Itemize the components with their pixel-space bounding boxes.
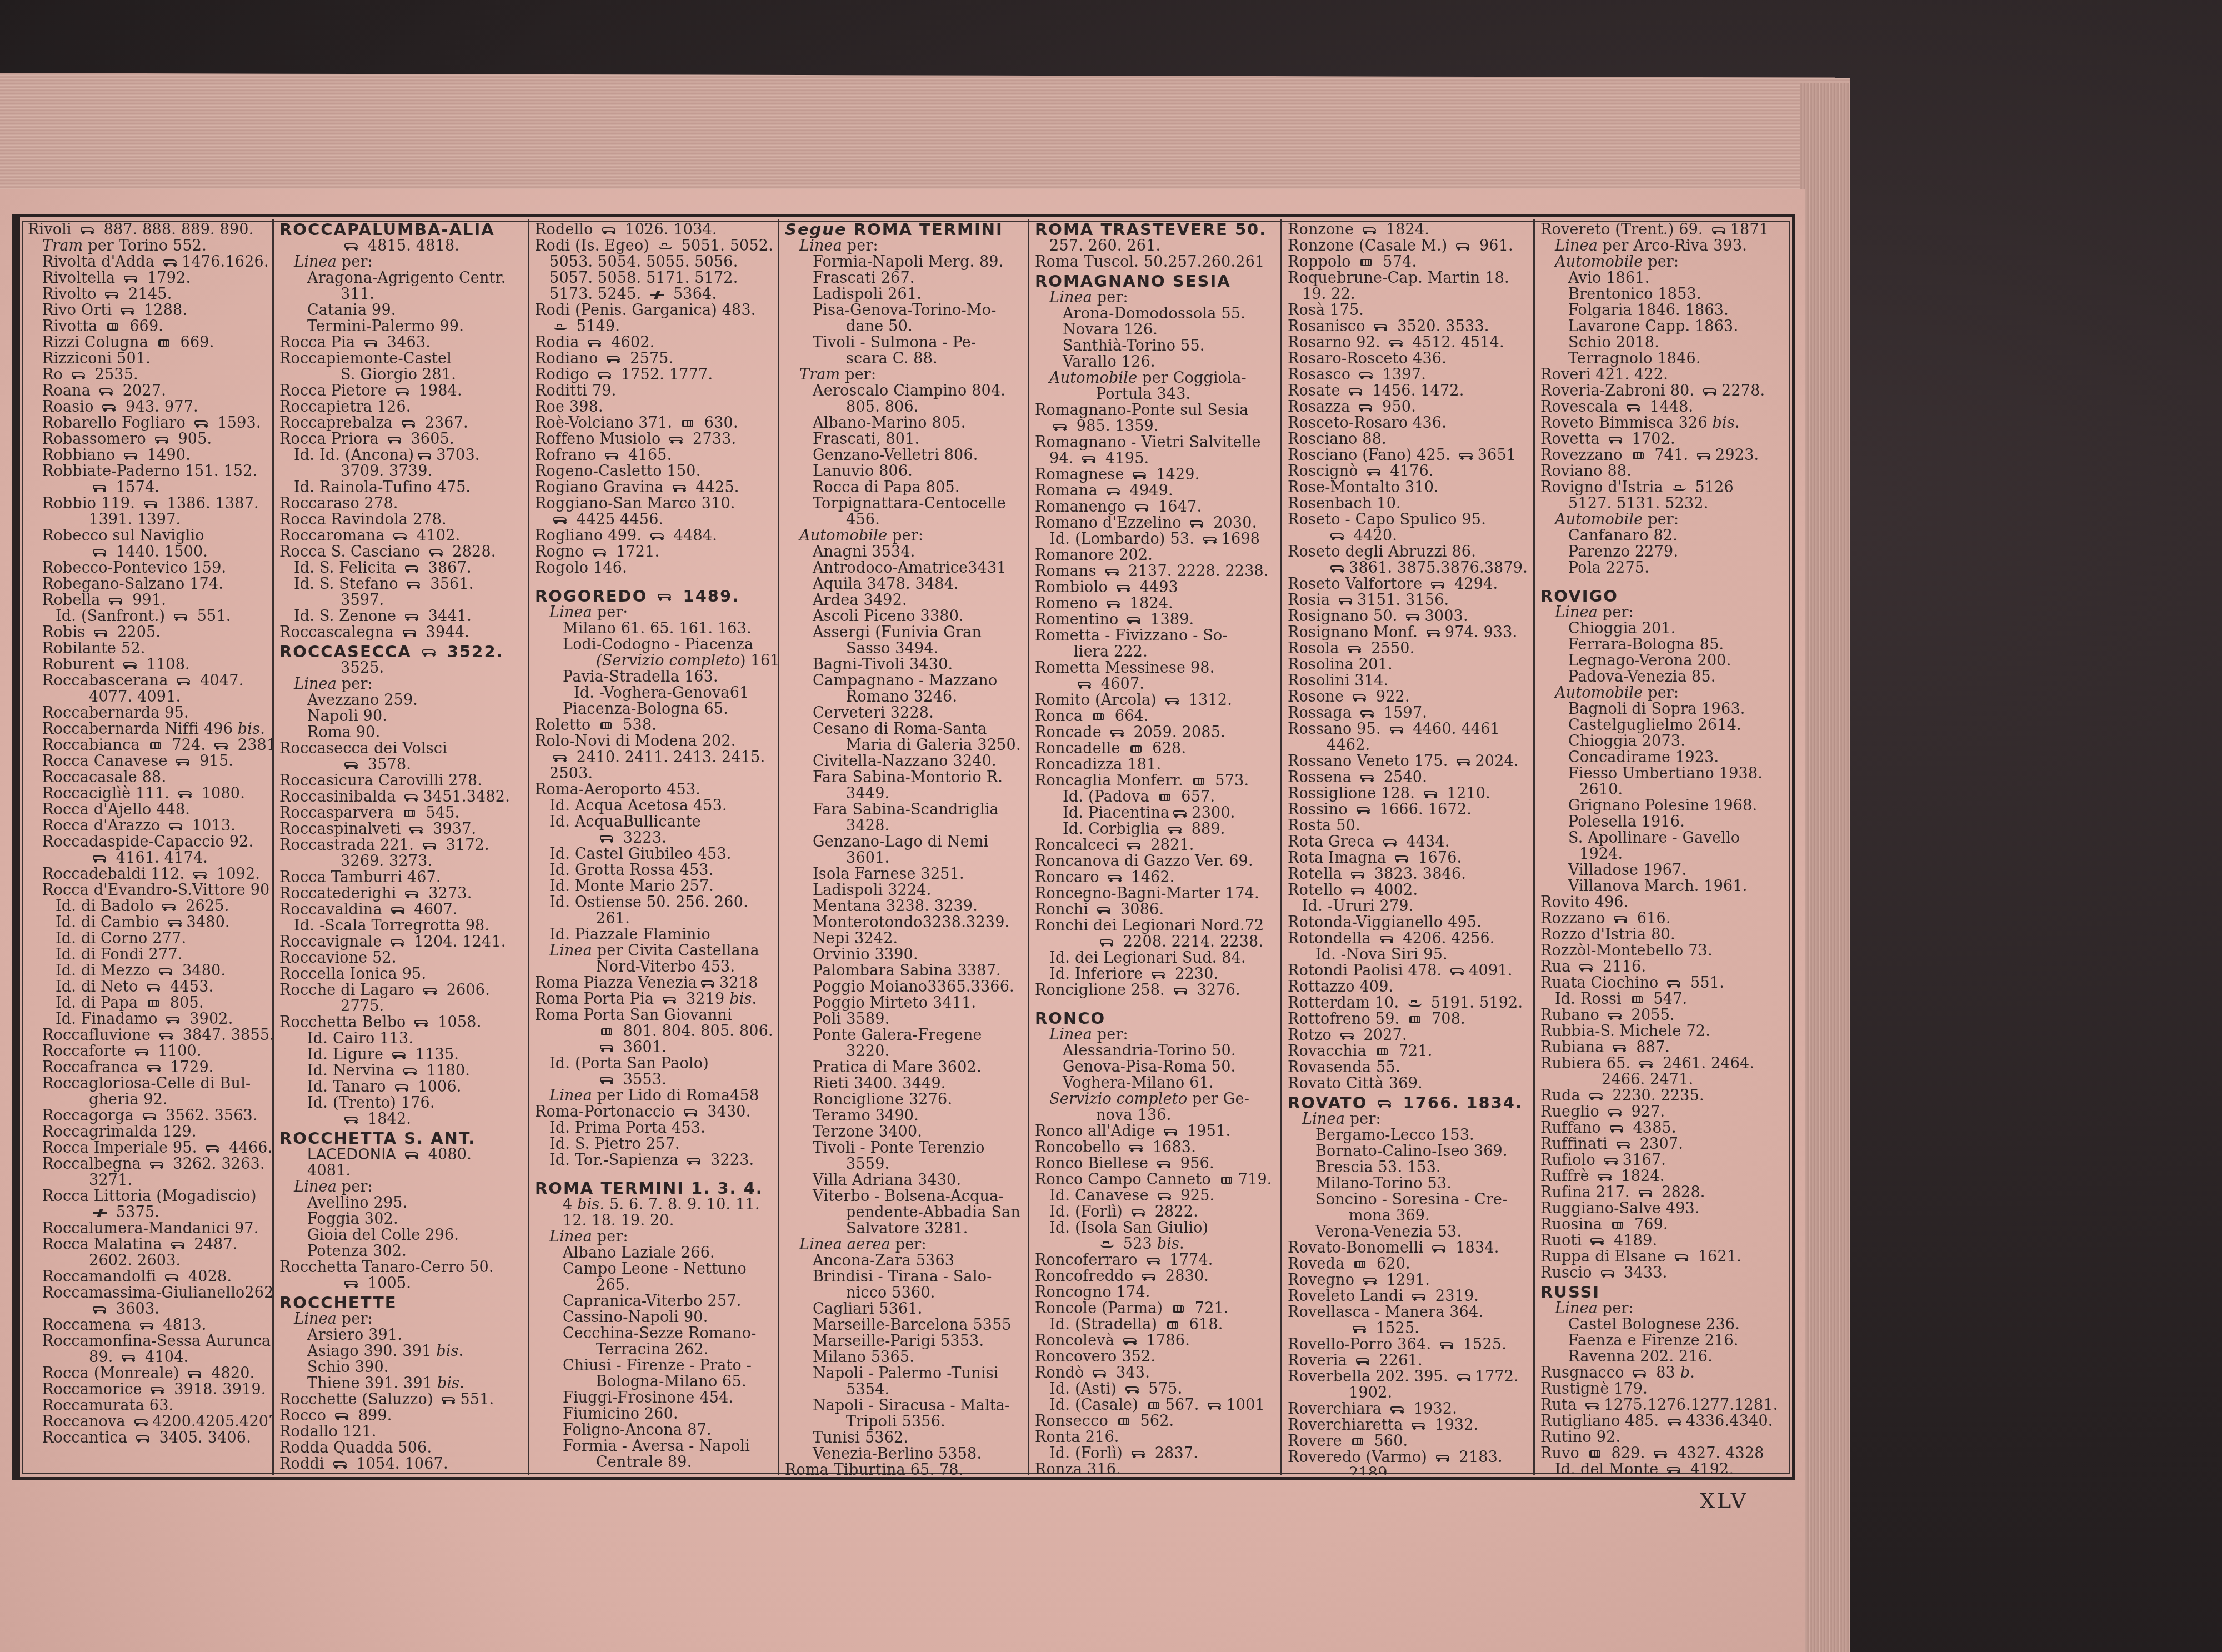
entry-text: Polesella 1916.	[1568, 813, 1685, 830]
entry-text: 3003.	[1424, 608, 1468, 625]
entry-text: Rotondella	[1288, 930, 1376, 947]
entry-text: 1386. 1387.	[162, 495, 259, 512]
index-entry: 265.	[535, 1277, 774, 1293]
entry-text: S. Giorgio 281.	[341, 366, 456, 383]
entry-text: Roncaro	[1035, 869, 1104, 886]
entry-text: Castelguglielmo 2614.	[1568, 717, 1741, 734]
entry-text: 3219	[681, 990, 729, 1008]
autobus-icon	[343, 762, 360, 769]
autobus-icon	[173, 613, 189, 621]
index-entry: Robecco-Pontevico 159.	[28, 560, 269, 576]
entry-text: Fiumicino 260.	[563, 1405, 678, 1423]
entry-text: 2606.	[442, 982, 490, 999]
index-entry: Rustignè 179.	[1540, 1381, 1785, 1397]
entry-text: Roccagorga	[42, 1107, 139, 1124]
entry-text: Ronsecco	[1035, 1413, 1113, 1430]
entry-text: Centrale 89.	[596, 1454, 692, 1471]
autobus-icon	[404, 613, 421, 621]
index-entry: Robbiano 1490.	[28, 447, 269, 463]
entry-text: Ronco Campo Canneto	[1035, 1171, 1216, 1188]
index-entry: Rota Imagna 1676.	[1288, 850, 1530, 866]
index-entry: Termini-Palermo 99.	[279, 318, 524, 334]
index-entry: Rottazzo 409.	[1288, 979, 1530, 995]
index-entry: Robecco sul Naviglio	[28, 528, 269, 544]
index-entry: Id. (Lombardo) 53. 1698	[1035, 531, 1277, 547]
index-entry: Rua 2116.	[1540, 959, 1785, 975]
index-entry: Roncobello 1683.	[1035, 1139, 1277, 1155]
index-entry: Roseto degli Abruzzi 86.	[1288, 544, 1530, 560]
index-entry: Ronza 316.	[1035, 1461, 1277, 1475]
entry-text: b	[1680, 1364, 1690, 1381]
entry-text: Poggio Mirteto 3411.	[813, 994, 976, 1012]
index-entry: Roccaspinalveti 3937.	[279, 821, 524, 837]
index-entry: Roccascalegna 3944.	[279, 624, 524, 640]
index-entry: Rusgnacco 83 b.	[1540, 1365, 1785, 1381]
autobus-icon	[104, 291, 121, 299]
index-entry: Genova-Pisa-Roma 50.	[1035, 1059, 1277, 1075]
index-entry: Roccapiemonte-Castel	[279, 351, 524, 367]
entry-text: Roccasparvera	[279, 804, 399, 822]
entry-text: 1006.	[413, 1078, 462, 1095]
index-entry: Automobile per:	[1540, 254, 1785, 270]
autobus-icon	[1128, 1144, 1145, 1152]
entry-text: Rocca d'Evandro-S.Vittore 90	[42, 882, 269, 899]
entry-text: Automobile	[1555, 684, 1643, 702]
index-entry: Roccabernarda Niffi 496 bis.	[28, 721, 269, 737]
index-entry: Id. (Forlì) 2822.	[1035, 1204, 1277, 1220]
index-entry: S. Apollinare - Gavello	[1540, 830, 1785, 846]
entry-text: per:	[840, 366, 876, 383]
autobus-icon	[422, 842, 438, 850]
entry-text: 630.	[699, 414, 738, 432]
index-entry: Civitella-Nazzano 3240.	[785, 753, 1024, 769]
entry-text: Romans	[1035, 563, 1102, 580]
entry-text: 2535.	[90, 366, 138, 383]
autobus-icon	[1359, 710, 1376, 718]
autobus-icon	[1377, 1100, 1393, 1108]
entry-text: per:	[1092, 289, 1128, 306]
index-entry: 4425 4456.	[535, 512, 774, 528]
index-entry: Nepi 3242.	[785, 930, 1024, 947]
autobus-icon	[164, 1274, 181, 1281]
entry-text: Rizzi Colugna	[42, 334, 153, 351]
entry-text: Robilante 52.	[42, 640, 146, 657]
index-entry: 2503.	[535, 765, 774, 782]
entry-text: Rovetta	[1540, 430, 1605, 448]
index-entry: Roncegno-Bagni-Marter 174.	[1035, 885, 1277, 902]
entry-text: 1. 3. 4.	[684, 1179, 763, 1198]
entry-text: 3405. 3406.	[154, 1429, 251, 1446]
section-heading: ROMAGNANO SESIA	[1035, 273, 1277, 289]
entry-text: per:	[337, 253, 373, 271]
index-entry: Rodiano 2575.	[535, 351, 774, 367]
index-entry: Terracina 262.	[535, 1341, 774, 1358]
index-entry: Rutigliano 485. 4336.4340.	[1540, 1413, 1785, 1429]
index-entry: Ruoti 4189.	[1540, 1233, 1785, 1249]
index-entry: Rivo Orti 1288.	[28, 302, 269, 318]
entry-text: Roccaforte	[42, 1043, 131, 1060]
index-entry: Bagni-Tivoli 3430.	[785, 657, 1024, 673]
index-entry: Cerveteri 3228.	[785, 705, 1024, 721]
index-entry: 5127. 5131. 5232.	[1540, 495, 1785, 512]
index-entry: 2466. 2471.	[1540, 1072, 1785, 1088]
entry-text: Rossena	[1288, 769, 1357, 786]
entry-text: 2828.	[448, 543, 496, 560]
entry-text: 1752. 1777.	[616, 366, 713, 383]
entry-text: Linea	[1302, 1110, 1345, 1128]
entry-text: 3601.	[618, 1039, 667, 1056]
entry-text: Ruoti	[1540, 1232, 1587, 1249]
entry-text: Roccabernarda 95.	[42, 704, 189, 722]
entry-text: Roccamena	[42, 1316, 136, 1334]
entry-text: Roncadizza 181.	[1035, 756, 1161, 773]
entry-text: Rosarno 92.	[1288, 334, 1385, 351]
index-entry: Salvatore 3281.	[785, 1220, 1024, 1237]
entry-text: Monterotondo3238.3239.	[813, 914, 1009, 931]
entry-text: Id. -Ururi 279.	[1302, 898, 1414, 915]
entry-text: Roncaglia Monferr.	[1035, 772, 1188, 789]
entry-text: Rotterdam 10.	[1288, 994, 1404, 1012]
entry-text: Maria di Galeria 3250.	[846, 737, 1021, 754]
index-entry: Foggia 302.	[279, 1211, 524, 1227]
index-entry: Napoli 90.	[279, 708, 524, 724]
index-entry: Rosola 2550.	[1288, 640, 1530, 657]
entry-text: Robegano-Salzano 174.	[42, 575, 223, 593]
entry-text: 2189.	[1349, 1465, 1392, 1475]
entry-text: Robecco-Pontevico 159.	[42, 559, 226, 577]
autobus-icon	[1329, 533, 1346, 540]
entry-text: 1683.	[1148, 1139, 1196, 1156]
index-entry: Roccasinibalda 3451.3482.	[279, 789, 524, 805]
entry-text: per:	[1345, 1110, 1381, 1128]
index-entry: Roveri 421. 422.	[1540, 367, 1785, 383]
autobus-icon	[1077, 681, 1093, 689]
entry-text: Robella	[42, 592, 105, 609]
entry-text: Brentonico 1853.	[1568, 286, 1701, 303]
entry-text: 1108.	[142, 656, 190, 673]
entry-text: 4176.	[1385, 463, 1434, 480]
index-entry: Ronciglione 3276.	[785, 1092, 1024, 1108]
autobus-icon	[1172, 810, 1189, 818]
entry-text: Fara Sabina-Montorio R.	[813, 769, 1003, 786]
index-entry: Rosazza 950.	[1288, 399, 1530, 415]
entry-text: Id. di Neto	[56, 978, 143, 995]
index-entry: Tunisi 5362.	[785, 1430, 1024, 1446]
index-entry: 3861. 3875.3876.3879.	[1288, 560, 1530, 576]
index-entry: Rocca Priora 3605.	[279, 431, 524, 447]
index-entry: Ponte Galera-Fregene	[785, 1027, 1024, 1043]
index-entry: Ronchi 3086.	[1035, 902, 1277, 918]
autobus-icon	[176, 678, 192, 685]
index-entry: Id. Piazzale Flaminio	[535, 927, 774, 943]
entry-text: 1729.	[166, 1059, 214, 1076]
autobus-icon	[1388, 339, 1405, 347]
entry-text: 1647.	[1153, 498, 1202, 515]
entry-text: Ruata Ciochino	[1540, 974, 1663, 992]
entry-text: Ronta 216.	[1035, 1429, 1119, 1446]
index-column-4: Segue ROMA TERMINILinea per:Formia-Napol…	[778, 219, 1028, 1475]
index-entry: Romagnese 1429.	[1035, 467, 1277, 483]
index-entry: Ronzone 1824.	[1288, 222, 1530, 238]
index-entry: Ruffinati 2307.	[1540, 1136, 1785, 1152]
index-entry: gheria 92.	[28, 1092, 269, 1108]
entry-text: LACEDONIA	[307, 1146, 396, 1163]
entry-text: Roccaprebalza	[279, 414, 398, 432]
entry-text: 4192.	[1685, 1461, 1734, 1475]
index-entry: Rosciano (Fano) 425. 3651	[1288, 447, 1530, 463]
index-entry: Robella 991.	[28, 592, 269, 608]
entry-text: 1026. 1034.	[620, 221, 717, 238]
entry-text: Ronchi	[1035, 901, 1093, 918]
index-entry: Marseille-Parigi 5353.	[785, 1333, 1024, 1349]
entry-text: 1462.	[1127, 869, 1175, 886]
entry-text: 1871	[1730, 221, 1769, 238]
index-entry: Id. del Monte 4192.	[1540, 1461, 1785, 1475]
index-entry: Rosolini 314.	[1288, 673, 1530, 689]
entry-text: Rodi (Is. Egeo)	[535, 237, 654, 254]
autobus-icon	[1394, 855, 1410, 863]
index-entry: Romana 4949.	[1035, 483, 1277, 499]
entry-text: Id. Inferiore	[1049, 965, 1148, 983]
index-entry: Rubiera 65. 2461. 2464.	[1540, 1055, 1785, 1072]
index-entry: Padova-Venezia 85.	[1540, 669, 1785, 685]
index-entry: Faenza e Firenze 216.	[1540, 1333, 1785, 1349]
section-heading: ROVATO 1766. 1834.	[1288, 1095, 1530, 1111]
entry-text: 2487.	[189, 1236, 238, 1253]
autobus-icon	[1096, 907, 1113, 914]
autobus-icon	[1711, 227, 1728, 234]
entry-text: Rocchette (Saluzzo)	[279, 1391, 438, 1408]
entry-text: .	[1735, 414, 1740, 432]
index-entry: Robarello Fogliaro 1593.	[28, 415, 269, 431]
entry-text: Ruffano	[1540, 1119, 1606, 1137]
entry-text: Roccascalegna	[279, 624, 399, 641]
index-entry: Teramo 3490.	[785, 1108, 1024, 1124]
entry-text: 3449.	[846, 785, 889, 802]
index-entry: Rivolto 2145.	[28, 286, 269, 302]
entry-text: Roma Piazza Venezia	[535, 974, 697, 992]
index-entry: Robassomero 905.	[28, 431, 269, 447]
index-entry: Id. di Cambio 3480.	[28, 914, 269, 930]
entry-text: Roasio	[42, 398, 98, 415]
index-entry: Roncalceci 2821.	[1035, 837, 1277, 853]
entry-text: 2461. 2464.	[1658, 1055, 1754, 1072]
index-entry: 4607.	[1035, 676, 1277, 692]
autobus-icon	[1202, 536, 1219, 544]
index-entry: 4081.	[279, 1163, 524, 1179]
entry-text: Rotella	[1288, 865, 1347, 883]
entry-text: per Ge-	[1187, 1090, 1249, 1108]
index-entry: Lodi-Codogno - Piacenza	[535, 637, 774, 653]
index-entry: Rovato-Bonomelli 1834.	[1288, 1240, 1530, 1256]
autobus-icon	[1625, 404, 1642, 412]
entry-text: 2307.	[1635, 1135, 1683, 1153]
index-entry: Rosignano 50. 3003.	[1288, 608, 1530, 624]
autobus-icon	[1105, 488, 1122, 495]
autobus-icon	[98, 388, 115, 396]
entry-text: Rovato Città 369.	[1288, 1075, 1423, 1092]
entry-text: Tunisi 5362.	[813, 1429, 908, 1446]
entry-text: gheria 92.	[89, 1091, 168, 1108]
index-entry: 456.	[785, 512, 1024, 528]
entry-text: 1490.	[142, 447, 191, 464]
index-entry: Pola 2275.	[1540, 560, 1785, 576]
entry-text: 1702.	[1627, 430, 1675, 448]
section-heading: ROMA TRASTEVERE 50.	[1035, 222, 1277, 238]
entry-text: Id. (Forlì)	[1049, 1203, 1128, 1220]
entry-text: 3651	[1478, 447, 1517, 464]
autobus-icon	[587, 339, 603, 347]
index-entry: Roccaforte 1100.	[28, 1043, 269, 1059]
autobus-icon	[402, 1068, 419, 1075]
entry-text: bis	[436, 1343, 458, 1360]
index-entry: Torpignattara-Centocelle	[785, 495, 1024, 512]
entry-text: Schio 2018.	[1568, 334, 1659, 351]
autobus-icon	[1130, 1209, 1147, 1217]
index-entry: Rosone 922.	[1288, 689, 1530, 705]
entry-text: Segue	[785, 220, 854, 239]
entry-text: 3561.	[425, 575, 473, 593]
autobus-icon	[101, 404, 118, 412]
entry-text: Roncobello	[1035, 1139, 1125, 1156]
entry-text: Rocca Pietore	[279, 382, 392, 399]
entry-text: Frascati, 801.	[813, 430, 919, 448]
index-entry: 2610.	[1540, 782, 1785, 798]
autobus-icon	[213, 742, 230, 750]
entry-text: Terracina 262.	[596, 1341, 709, 1358]
entry-text: per:	[1092, 1026, 1128, 1043]
entry-text: 3086.	[1115, 901, 1164, 918]
entry-text: Pola 2275.	[1568, 559, 1649, 577]
entry-text: Chioggia 201.	[1568, 620, 1676, 637]
entry-text: Termini-Palermo 99.	[307, 318, 464, 335]
entry-text: 4607.	[409, 901, 458, 918]
autobus-icon	[1164, 697, 1181, 705]
entry-text: Tram	[42, 237, 83, 254]
index-entry: Roncovero 352.	[1035, 1349, 1277, 1365]
entry-text: Varallo 126.	[1063, 353, 1155, 371]
entry-text: Roccagrimalda 129.	[42, 1123, 197, 1140]
entry-text: Avezzano 259.	[307, 692, 418, 709]
index-entry: Ronco Biellese 956.	[1035, 1155, 1277, 1172]
index-entry: Piacenza-Bologna 65.	[535, 701, 774, 717]
entry-text: .	[1690, 1364, 1695, 1381]
index-entry: Roccagrimalda 129.	[28, 1124, 269, 1140]
entry-text: 620.	[1372, 1255, 1410, 1273]
index-entry: Chioggia 2073.	[1540, 733, 1785, 749]
index-entry: 2775.	[279, 998, 524, 1014]
index-entry: Romagnano-Ponte sul Sesia	[1035, 402, 1277, 418]
index-entry: Rovezzano 741. 2923.	[1540, 447, 1785, 463]
index-entry: Roccella Ionica 95.	[279, 966, 524, 982]
entry-text: Napoli - Siracusa - Malta-	[813, 1397, 1010, 1414]
autobus-icon	[604, 452, 620, 460]
entry-text: Rustignè 179.	[1540, 1380, 1648, 1398]
index-entry: Isola Farnese 3251.	[785, 866, 1024, 882]
index-entry: Id. S. Felicita 3867.	[279, 560, 524, 576]
autobus-icon	[170, 1241, 187, 1249]
entry-text: Id. Cairo 113.	[307, 1030, 413, 1047]
autobus-icon	[1578, 964, 1595, 972]
autobus-icon	[683, 1109, 699, 1117]
entry-text: 3430.	[702, 1103, 750, 1120]
entry-text: 1291.	[1382, 1271, 1430, 1289]
index-entry: Robegano-Salzano 174.	[28, 576, 269, 592]
section-heading: RONCO	[1035, 1010, 1277, 1027]
entry-text: Rossano 95.	[1288, 720, 1386, 738]
entry-text: 2610.	[1579, 781, 1623, 798]
entry-text: Terzone 3400.	[813, 1123, 922, 1140]
entry-text: Rovacchia	[1288, 1043, 1372, 1060]
index-entry: 3223.	[535, 830, 774, 846]
entry-text: 1092.	[212, 865, 260, 883]
index-entry: Roccabernarda 95.	[28, 705, 269, 721]
index-entry: Ruscio 3433.	[1540, 1265, 1785, 1281]
entry-text: (Servizio completo	[596, 652, 740, 669]
index-entry: Rossiglione 128. 1210.	[1288, 785, 1530, 802]
entry-text: Automobile	[1555, 511, 1643, 528]
entry-text: 1792.	[142, 269, 191, 287]
index-entry: Rosceto-Rosaro 436.	[1288, 415, 1530, 431]
entry-text: Portula 343.	[1096, 386, 1190, 403]
index-entry: Capranica-Viterbo 257.	[535, 1293, 774, 1309]
index-entry: Fara Sabina-Scandriglia	[785, 802, 1024, 818]
entry-text: 4165.	[623, 447, 672, 464]
index-entry: Roana 2027.	[28, 383, 269, 399]
entry-text: Robecco sul Naviglio	[42, 527, 204, 544]
autobus-icon	[1589, 1238, 1606, 1245]
entry-text: Id. Corbiglia	[1063, 820, 1164, 838]
entry-text: 4493	[1135, 579, 1178, 596]
entry-text: Fara Sabina-Scandriglia	[813, 801, 999, 818]
autobus-icon	[143, 500, 159, 508]
entry-text: Civitella-Nazzano 3240.	[813, 753, 997, 770]
entry-text: Rufina 217.	[1540, 1184, 1635, 1201]
entry-text: 5364.	[668, 286, 717, 303]
index-entry: Venezia-Berlino 5358.	[785, 1446, 1024, 1462]
entry-text: Roccadaspide-Capaccio 92.	[42, 833, 253, 850]
entry-text: Roccadebaldi 112.	[42, 865, 189, 883]
entry-text: Roccavaldina	[279, 901, 387, 918]
autobus-icon	[1167, 826, 1184, 834]
index-entry: Rivolta d'Adda 1476.1626.	[28, 254, 269, 270]
autobus-icon	[403, 794, 420, 802]
tramway-icon	[1630, 452, 1647, 460]
index-entry: Id. (Isola San Giulio)	[1035, 1220, 1277, 1236]
index-entry: Ruta 1275.1276.1277.1281.	[1540, 1397, 1785, 1413]
entry-text: Roccapietra 126.	[279, 398, 411, 415]
entry-text: 2733.	[688, 430, 736, 448]
index-entry: Id. (Sanfront.) 551.	[28, 608, 269, 624]
index-entry: Milano 61. 65. 161. 163.	[535, 620, 774, 637]
index-entry: Roma-Aeroporto 453.	[535, 782, 774, 798]
autobus-icon	[672, 484, 688, 492]
tramway-icon	[1146, 1402, 1163, 1410]
index-entry: Romano 3246.	[785, 689, 1024, 705]
entry-text: Ardea 3492.	[813, 592, 907, 609]
entry-text: 4206. 4256.	[1398, 930, 1495, 947]
index-entry: Rosarno 92. 4512. 4514.	[1288, 334, 1530, 351]
entry-text: Castel Bolognese 236.	[1568, 1316, 1740, 1333]
index-entry: Milano-Torino 53.	[1288, 1175, 1530, 1192]
index-entry: Roe 398.	[535, 399, 774, 415]
entry-text: Poli 3589.	[813, 1010, 889, 1028]
entry-text: Schio 390.	[307, 1359, 389, 1376]
index-entry: Linea per:	[1540, 1300, 1785, 1316]
index-entry: Romanengo 1647.	[1035, 499, 1277, 515]
index-entry: Rosta 50.	[1288, 818, 1530, 834]
index-entry: Rosasco 1397.	[1288, 367, 1530, 383]
